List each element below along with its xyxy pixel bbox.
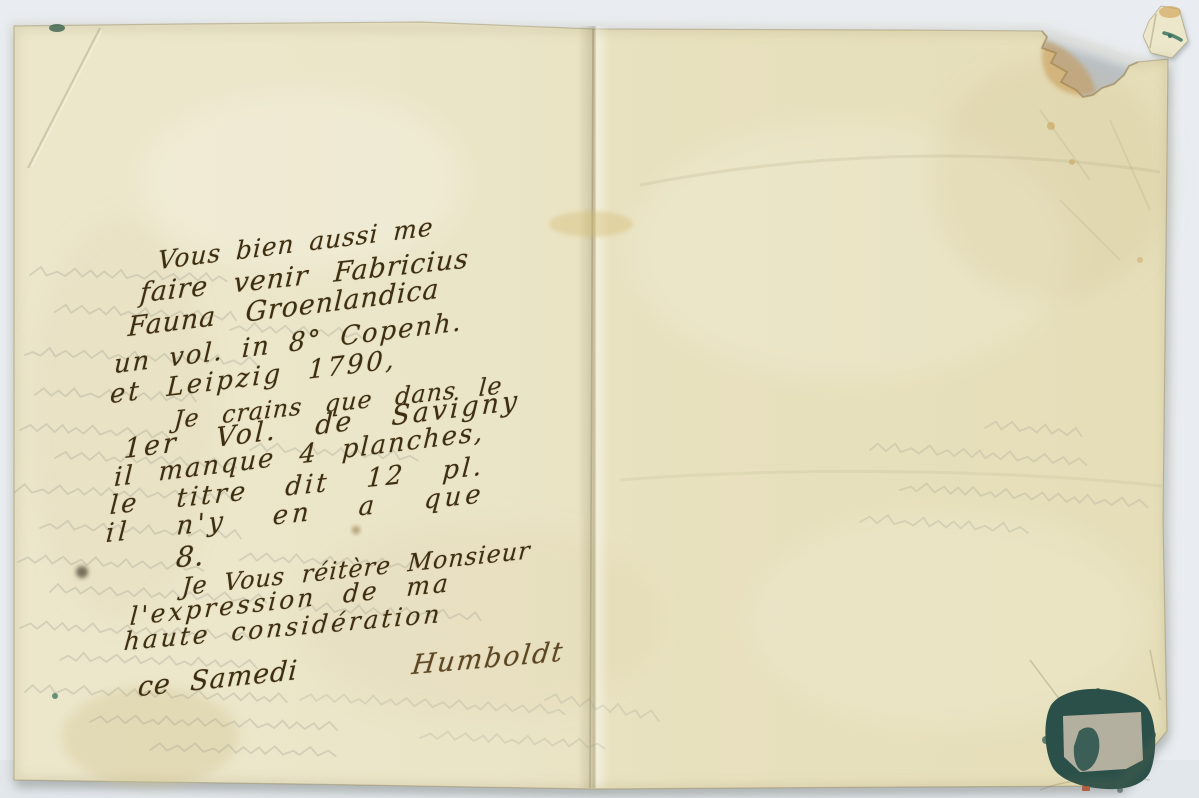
handwriting-line-11: 8. xyxy=(175,539,206,574)
scanned-letter: Vous bien aussi me faire venir Fabricius… xyxy=(0,0,1199,798)
letter-signature: Humboldt xyxy=(410,636,566,681)
letter-dateline: ce Samedi xyxy=(137,655,299,703)
letter-body: Vous bien aussi me faire venir Fabricius… xyxy=(0,0,1199,798)
